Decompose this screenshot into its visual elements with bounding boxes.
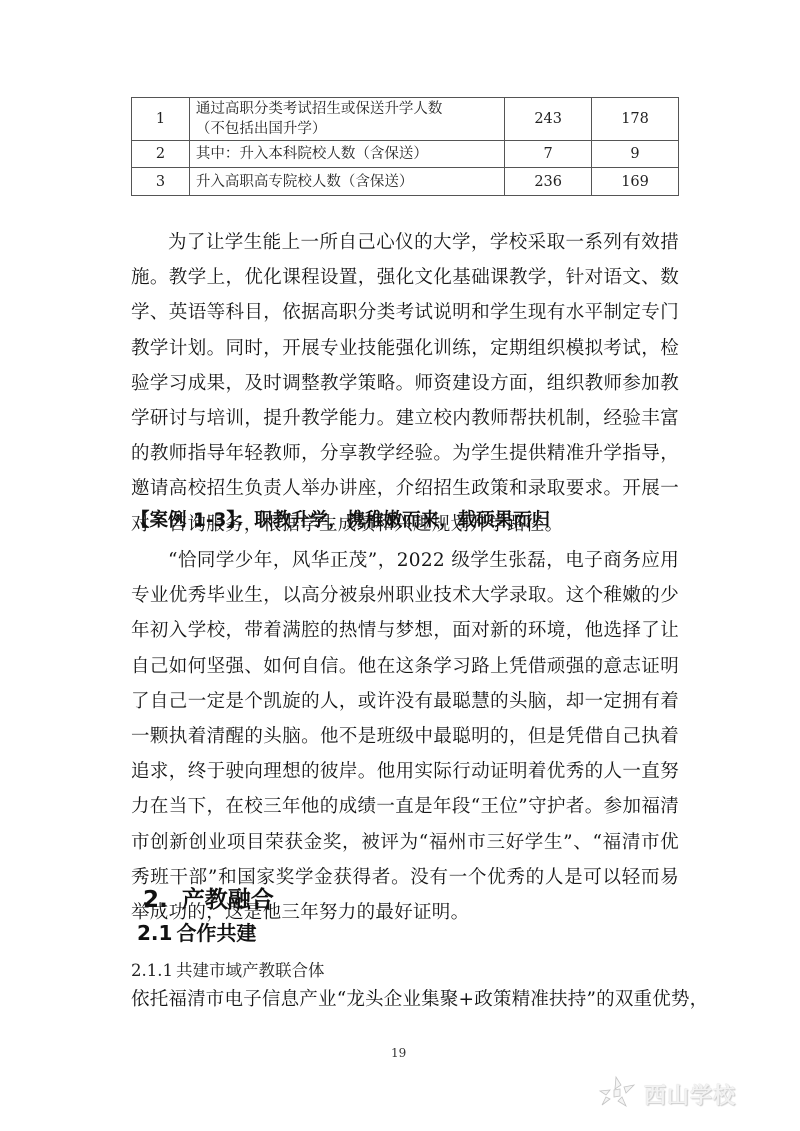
row-description: 其中：升入本科院校人数（含保送） [189, 141, 504, 168]
case-title: 【案例 1-3】：职教升学，携稚嫩而来，载硕果而归 [131, 506, 550, 532]
row-description: 升入高职高专院校人数（含保送） [189, 168, 504, 196]
subsubsection-heading: 2.1.1共建市域产教联合体 [131, 957, 324, 981]
watermark: 西山学校 [596, 1075, 736, 1113]
row-value-a: 7 [505, 141, 592, 168]
row-value-a: 236 [505, 168, 592, 196]
row-value-b: 9 [592, 141, 679, 168]
document-page: 1 通过高职分类考试招生或保送升学人数 （不包括出国升学） 243 178 2 … [0, 0, 800, 1131]
row-index: 3 [132, 168, 190, 196]
subsection-heading: 2.1合作共建 [137, 917, 256, 946]
enrollment-table: 1 通过高职分类考试招生或保送升学人数 （不包括出国升学） 243 178 2 … [131, 97, 679, 196]
watermark-text: 西山学校 [644, 1079, 736, 1110]
row-value-b: 178 [592, 98, 679, 141]
row-value-a: 243 [505, 98, 592, 141]
table-row: 2 其中：升入本科院校人数（含保送） 7 9 [132, 141, 679, 168]
table-row: 3 升入高职高专院校人数（含保送） 236 169 [132, 168, 679, 196]
row-index: 1 [132, 98, 190, 141]
section-body-start: 依托福清市电子信息产业“龙头企业集聚+政策精准扶持”的双重优势， [131, 985, 708, 1011]
measures-paragraph: 为了让学生能上一所自己心仪的大学，学校采取一系列有效措施。教学上，优化课程设置，… [131, 225, 679, 542]
row-value-b: 169 [592, 168, 679, 196]
section-heading: 2.产教融合 [143, 881, 274, 914]
row-description: 通过高职分类考试招生或保送升学人数 （不包括出国升学） [189, 98, 504, 141]
page-number: 19 [391, 1046, 406, 1060]
star-logo-icon [596, 1075, 638, 1113]
case-paragraph: “恰同学少年，风华正茂”，2022 级学生张磊，电子商务应用专业优秀毕业生，以高… [131, 543, 679, 930]
table-row: 1 通过高职分类考试招生或保送升学人数 （不包括出国升学） 243 178 [132, 98, 679, 141]
row-index: 2 [132, 141, 190, 168]
